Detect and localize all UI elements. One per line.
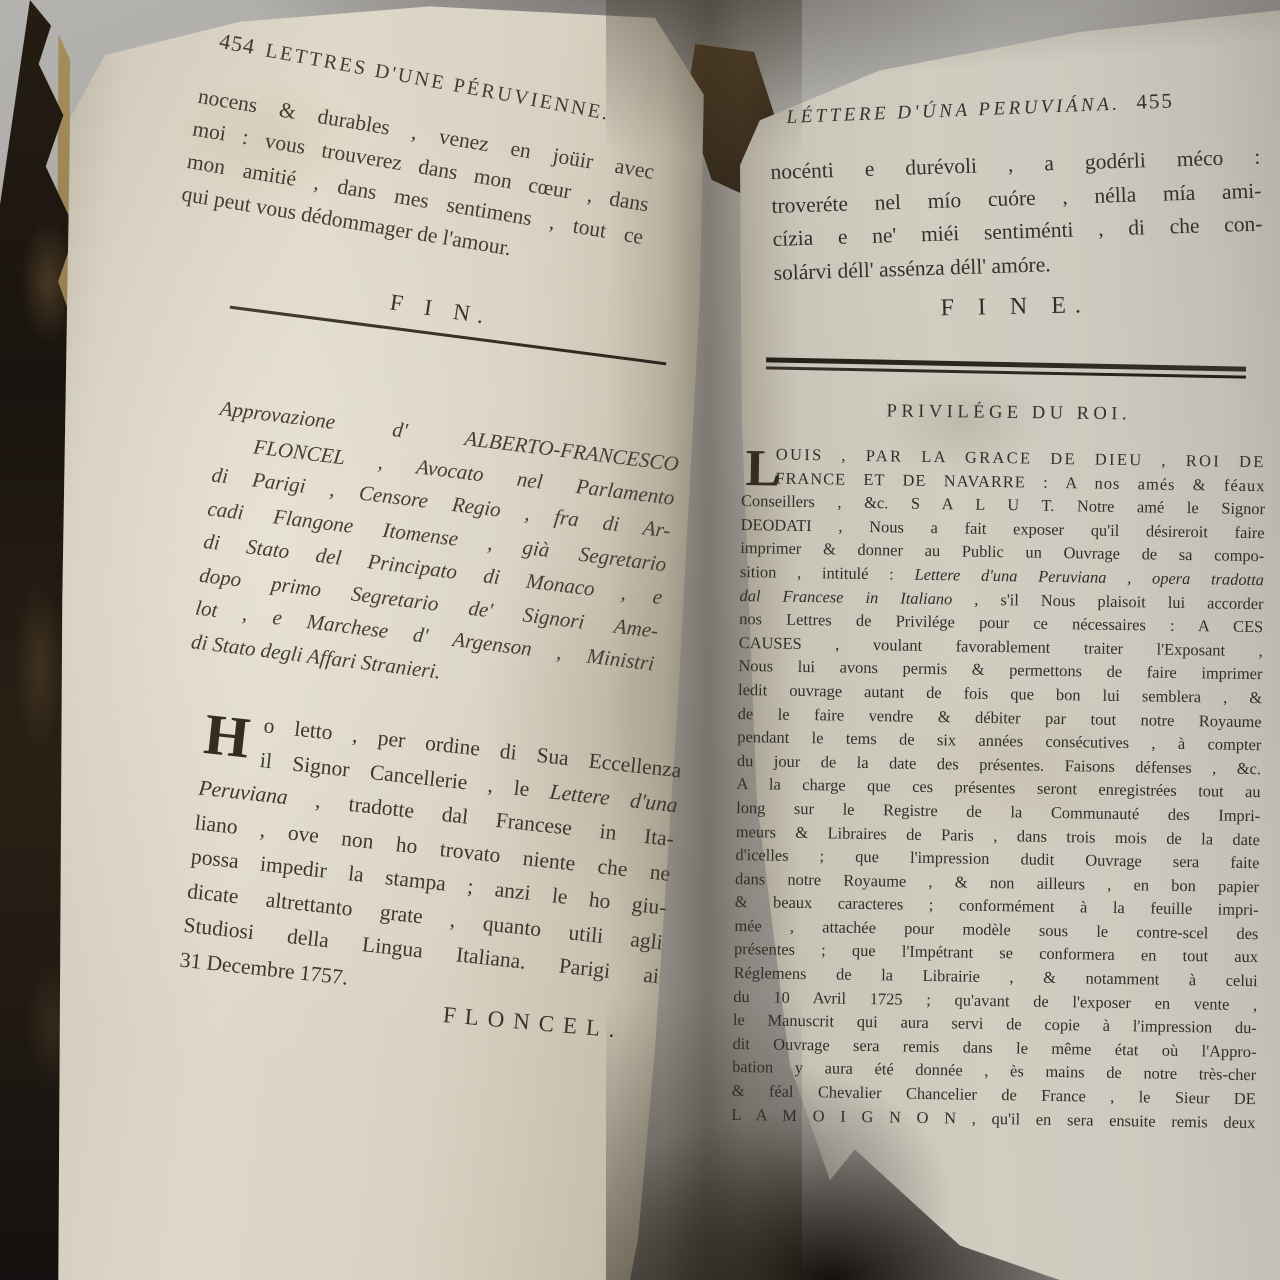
right-closing-paragraph: nocénti e durévoli , a godérli méco :tro…: [770, 141, 1264, 290]
book-photo: 454 LETTRES D'UNE PÉRUVIENNE. nocens & d…: [0, 0, 1280, 1280]
approval-lines: o letto , per ordine di Sua Eccellenzail…: [178, 702, 683, 1028]
approval-dropcap: H: [201, 705, 252, 768]
approval-paragraph: H o letto , per ordine di Sua Eccellenza…: [178, 702, 683, 1028]
privilege-dropcap: L: [745, 443, 781, 496]
privilege-lines: OUIS , PAR LA GRACE DE DIEU , ROI DEFRAN…: [731, 442, 1266, 1134]
privilege-paragraph: L OUIS , PAR LA GRACE DE DIEU , ROI DEFR…: [731, 442, 1266, 1134]
left-page-number: 454: [217, 28, 257, 59]
right-page-number: 455: [1136, 88, 1174, 113]
approbation-paragraph: Approvazione d' ALBERTO-FRANCESCOFLONCEL…: [189, 392, 680, 714]
